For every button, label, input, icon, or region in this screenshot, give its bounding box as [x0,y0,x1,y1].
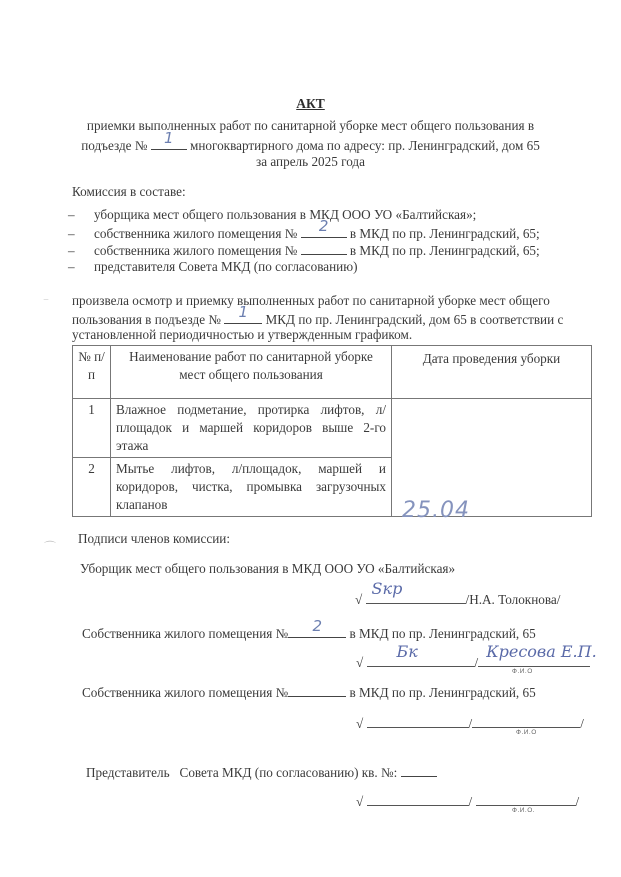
member-text-suffix: в МКД по пр. Ленинградский, 65; [350,243,540,258]
owner2-fio-field[interactable] [472,713,580,728]
check-mark: √ [356,794,363,809]
subtitle-prefix: подъезде № [81,138,147,153]
entrance-number-field[interactable]: 1 [224,310,262,324]
owner1-signature-row: √ Бк/Кресова Е.П. [356,652,590,671]
bullet: – [68,243,94,259]
cleaner-signature: Sкр [372,579,403,598]
owner2-signature-field[interactable] [367,713,469,728]
owner1-label-suffix: в МКД по пр. Ленинградский, 65 [350,626,536,641]
cleaner-signature-row: √ Sкр/Н.А. Толокнова/ [355,589,560,608]
subtitle-line2: подъезде № 1 многоквартирного дома по ад… [0,136,621,154]
entrance-number-handwritten: 1 [151,130,187,146]
owner2-label-suffix: в МКД по пр. Ленинградский, 65 [350,685,536,700]
margin-mark: ⌒ [44,538,56,555]
check-mark: √ [355,592,362,607]
member-text: представителя Совета МКД (по согласовани… [94,259,357,274]
table-header-row: № п/п Наименование работ по санитарной у… [73,346,592,399]
member-text: уборщика мест общего пользования в МКД О… [94,207,476,222]
date-handwritten: 25.04 [402,502,470,520]
commission-member-3: –собственника жилого помещения № в МКД п… [68,241,540,259]
council-fio-caption: Ф.И.О. [512,807,535,814]
council-label-text: Представитель Совета МКД (по согласовани… [86,765,397,780]
owner2-apartment-field[interactable] [288,683,346,697]
bullet: – [68,207,94,223]
document-title: АКТ [0,96,621,112]
council-signature-row: √ / / [356,791,579,810]
header-name: Наименование работ по санитарной уборке … [111,346,392,399]
council-label: Представитель Совета МКД (по согласовани… [86,763,437,781]
inspection-suffix: МКД по пр. Ленинградский, дом 65 в соотв… [266,312,564,327]
owner1-name-handwritten: Кресова Е.П. [486,642,596,661]
member-text: собственника жилого помещения № [94,243,297,258]
owner1-signature: Бк [397,642,418,661]
row-num: 1 [73,399,111,458]
council-apartment-field[interactable] [401,763,437,777]
check-mark: √ [356,716,363,731]
signatures-heading: Подписи членов комиссии: [78,531,230,547]
apartment-number-field[interactable] [301,241,347,255]
bullet: – [68,226,94,242]
inspection-line1: произвела осмотр и приемку выполненных р… [72,293,550,309]
bullet: – [68,259,94,275]
subtitle-suffix: многоквартирного дома по адресу: пр. Лен… [190,138,540,153]
header-date: Дата проведения уборки [392,346,592,399]
header-num: № п/п [73,346,111,399]
owner1-label: Собственника жилого помещения №2 в МКД п… [82,624,536,642]
owner1-label-prefix: Собственника жилого помещения № [82,626,288,641]
member-text-suffix: в МКД по пр. Ленинградский, 65; [350,226,540,241]
owner2-label: Собственника жилого помещения № в МКД по… [82,683,536,701]
owner2-signature-row: √ // [356,713,584,732]
separator: / [469,794,473,809]
owner2-label-prefix: Собственника жилого помещения № [82,685,288,700]
margin-mark: ‾ [44,298,48,313]
owner1-apartment-field[interactable]: 2 [288,624,346,638]
owner2-fio-caption: Ф.И.О [516,729,537,736]
owner1-fio-field[interactable]: Кресова Е.П. [478,652,590,667]
cleaner-label: Уборщик мест общего пользования в МКД ОО… [80,561,455,577]
commission-member-4: –представителя Совета МКД (по согласован… [68,259,357,275]
subtitle-line1: приемки выполненных работ по санитарной … [0,118,621,134]
separator: / [580,716,584,731]
inspection-line2: пользования в подъезде № 1 МКД по пр. Ле… [72,310,563,328]
apartment-number-field[interactable]: 2 [301,224,347,238]
member-text: собственника жилого помещения № [94,226,297,241]
owner1-apartment-handwritten: 2 [288,618,346,634]
row-num: 2 [73,458,111,517]
owner1-fio-caption: Ф.И.О [512,668,533,675]
commission-member-2: –собственника жилого помещения № 2 в МКД… [68,224,540,242]
table-row: 1 Влажное подметание, протирка лифтов, л… [73,399,592,458]
row-name: Влажное подметание, протирка лифтов, л/п… [111,399,392,458]
row-name: Мытье лифтов, л/площадок, маршей и корид… [111,458,392,517]
cleaner-signature-field[interactable]: Sкр [366,589,466,604]
check-mark: √ [356,655,363,670]
apartment-number-handwritten: 2 [301,218,347,234]
commission-member-1: –уборщика мест общего пользования в МКД … [68,207,476,223]
separator: / [576,794,580,809]
commission-heading: Комиссия в составе: [72,184,186,200]
owner1-signature-field[interactable]: Бк [367,652,475,667]
date-cell[interactable]: 25.04 [392,399,592,517]
inspection-line3: установленной периодичностью и утвержден… [72,327,412,343]
subtitle-line3: за апрель 2025 года [0,154,621,170]
inspection-prefix: пользования в подъезде № [72,312,221,327]
council-signature-field[interactable] [367,791,469,806]
entrance-number-handwritten: 1 [224,304,262,320]
cleaner-name: /Н.А. Толокнова/ [466,592,561,607]
council-fio-field[interactable] [476,791,576,806]
works-table: № п/п Наименование работ по санитарной у… [72,345,592,517]
entrance-number-field[interactable]: 1 [151,136,187,150]
